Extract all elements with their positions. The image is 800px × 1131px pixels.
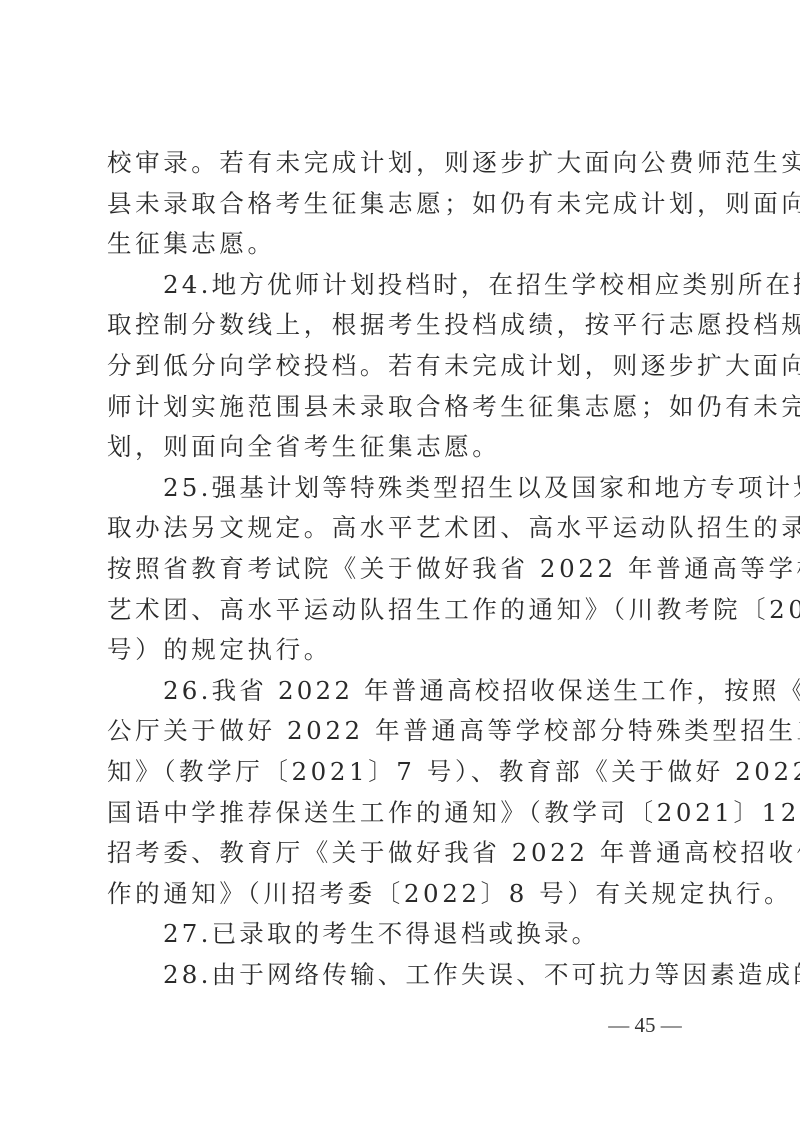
- text-line: 26.我省 2022 年普通高校招收保送生工作，按照《教育部办: [107, 671, 699, 712]
- text-line: 公厅关于做好 2022 年普通高等学校部分特殊类型招生工作的通: [107, 711, 699, 752]
- text-line: 25.强基计划等特殊类型招生以及国家和地方专项计划的录: [107, 468, 699, 509]
- text-line: 招考委、教育厅《关于做好我省 2022 年普通高校招收保送生工: [107, 833, 699, 874]
- text-line: 国语中学推荐保送生工作的通知》（教学司〔2021〕12 号）及省: [107, 793, 699, 834]
- document-body: 校审录。若有未完成计划，则逐步扩大面向公费师范生实施范围 县未录取合格考生征集志…: [107, 143, 699, 995]
- text-line: 取办法另文规定。高水平艺术团、高水平运动队招生的录取办法: [107, 508, 699, 549]
- paragraph-24: 24.地方优师计划投档时，在招生学校相应类别所在批次录 取控制分数线上，根据考生…: [107, 265, 699, 468]
- text-line: 划，则面向全省考生征集志愿。: [107, 427, 699, 468]
- paragraph-27: 27.已录取的考生不得退档或换录。: [107, 914, 699, 955]
- text-line: 生征集志愿。: [107, 224, 699, 265]
- text-line: 作的通知》（川招考委〔2022〕8 号）有关规定执行。: [107, 874, 699, 915]
- text-line: 号）的规定执行。: [107, 630, 699, 671]
- paragraph-28: 28.由于网络传输、工作失误、不可抗力等因素造成的招生: [107, 955, 699, 996]
- text-line: 取控制分数线上，根据考生投档成绩，按平行志愿投档规则从高: [107, 305, 699, 346]
- text-line: 分到低分向学校投档。若有未完成计划，则逐步扩大面向地方优: [107, 346, 699, 387]
- paragraph-23-continued: 校审录。若有未完成计划，则逐步扩大面向公费师范生实施范围 县未录取合格考生征集志…: [107, 143, 699, 265]
- document-page: 校审录。若有未完成计划，则逐步扩大面向公费师范生实施范围 县未录取合格考生征集志…: [0, 0, 800, 1131]
- text-line: 28.由于网络传输、工作失误、不可抗力等因素造成的招生: [107, 955, 699, 996]
- text-line: 艺术团、高水平运动队招生工作的通知》（川教考院〔2022〕14: [107, 590, 699, 631]
- paragraph-25: 25.强基计划等特殊类型招生以及国家和地方专项计划的录 取办法另文规定。高水平艺…: [107, 468, 699, 671]
- text-line: 按照省教育考试院《关于做好我省 2022 年普通高等学校高水平: [107, 549, 699, 590]
- text-line: 27.已录取的考生不得退档或换录。: [107, 914, 699, 955]
- text-line: 校审录。若有未完成计划，则逐步扩大面向公费师范生实施范围: [107, 143, 699, 184]
- page-number: — 45 —: [600, 1010, 690, 1040]
- paragraph-26: 26.我省 2022 年普通高校招收保送生工作，按照《教育部办 公厅关于做好 2…: [107, 671, 699, 915]
- text-line: 师计划实施范围县未录取合格考生征集志愿；如仍有未完成计: [107, 387, 699, 428]
- text-line: 县未录取合格考生征集志愿；如仍有未完成计划，则面向全省考: [107, 184, 699, 225]
- text-line: 24.地方优师计划投档时，在招生学校相应类别所在批次录: [107, 265, 699, 306]
- text-line: 知》（教学厅〔2021〕7 号）、教育部《关于做好 2022 年部分外: [107, 752, 699, 793]
